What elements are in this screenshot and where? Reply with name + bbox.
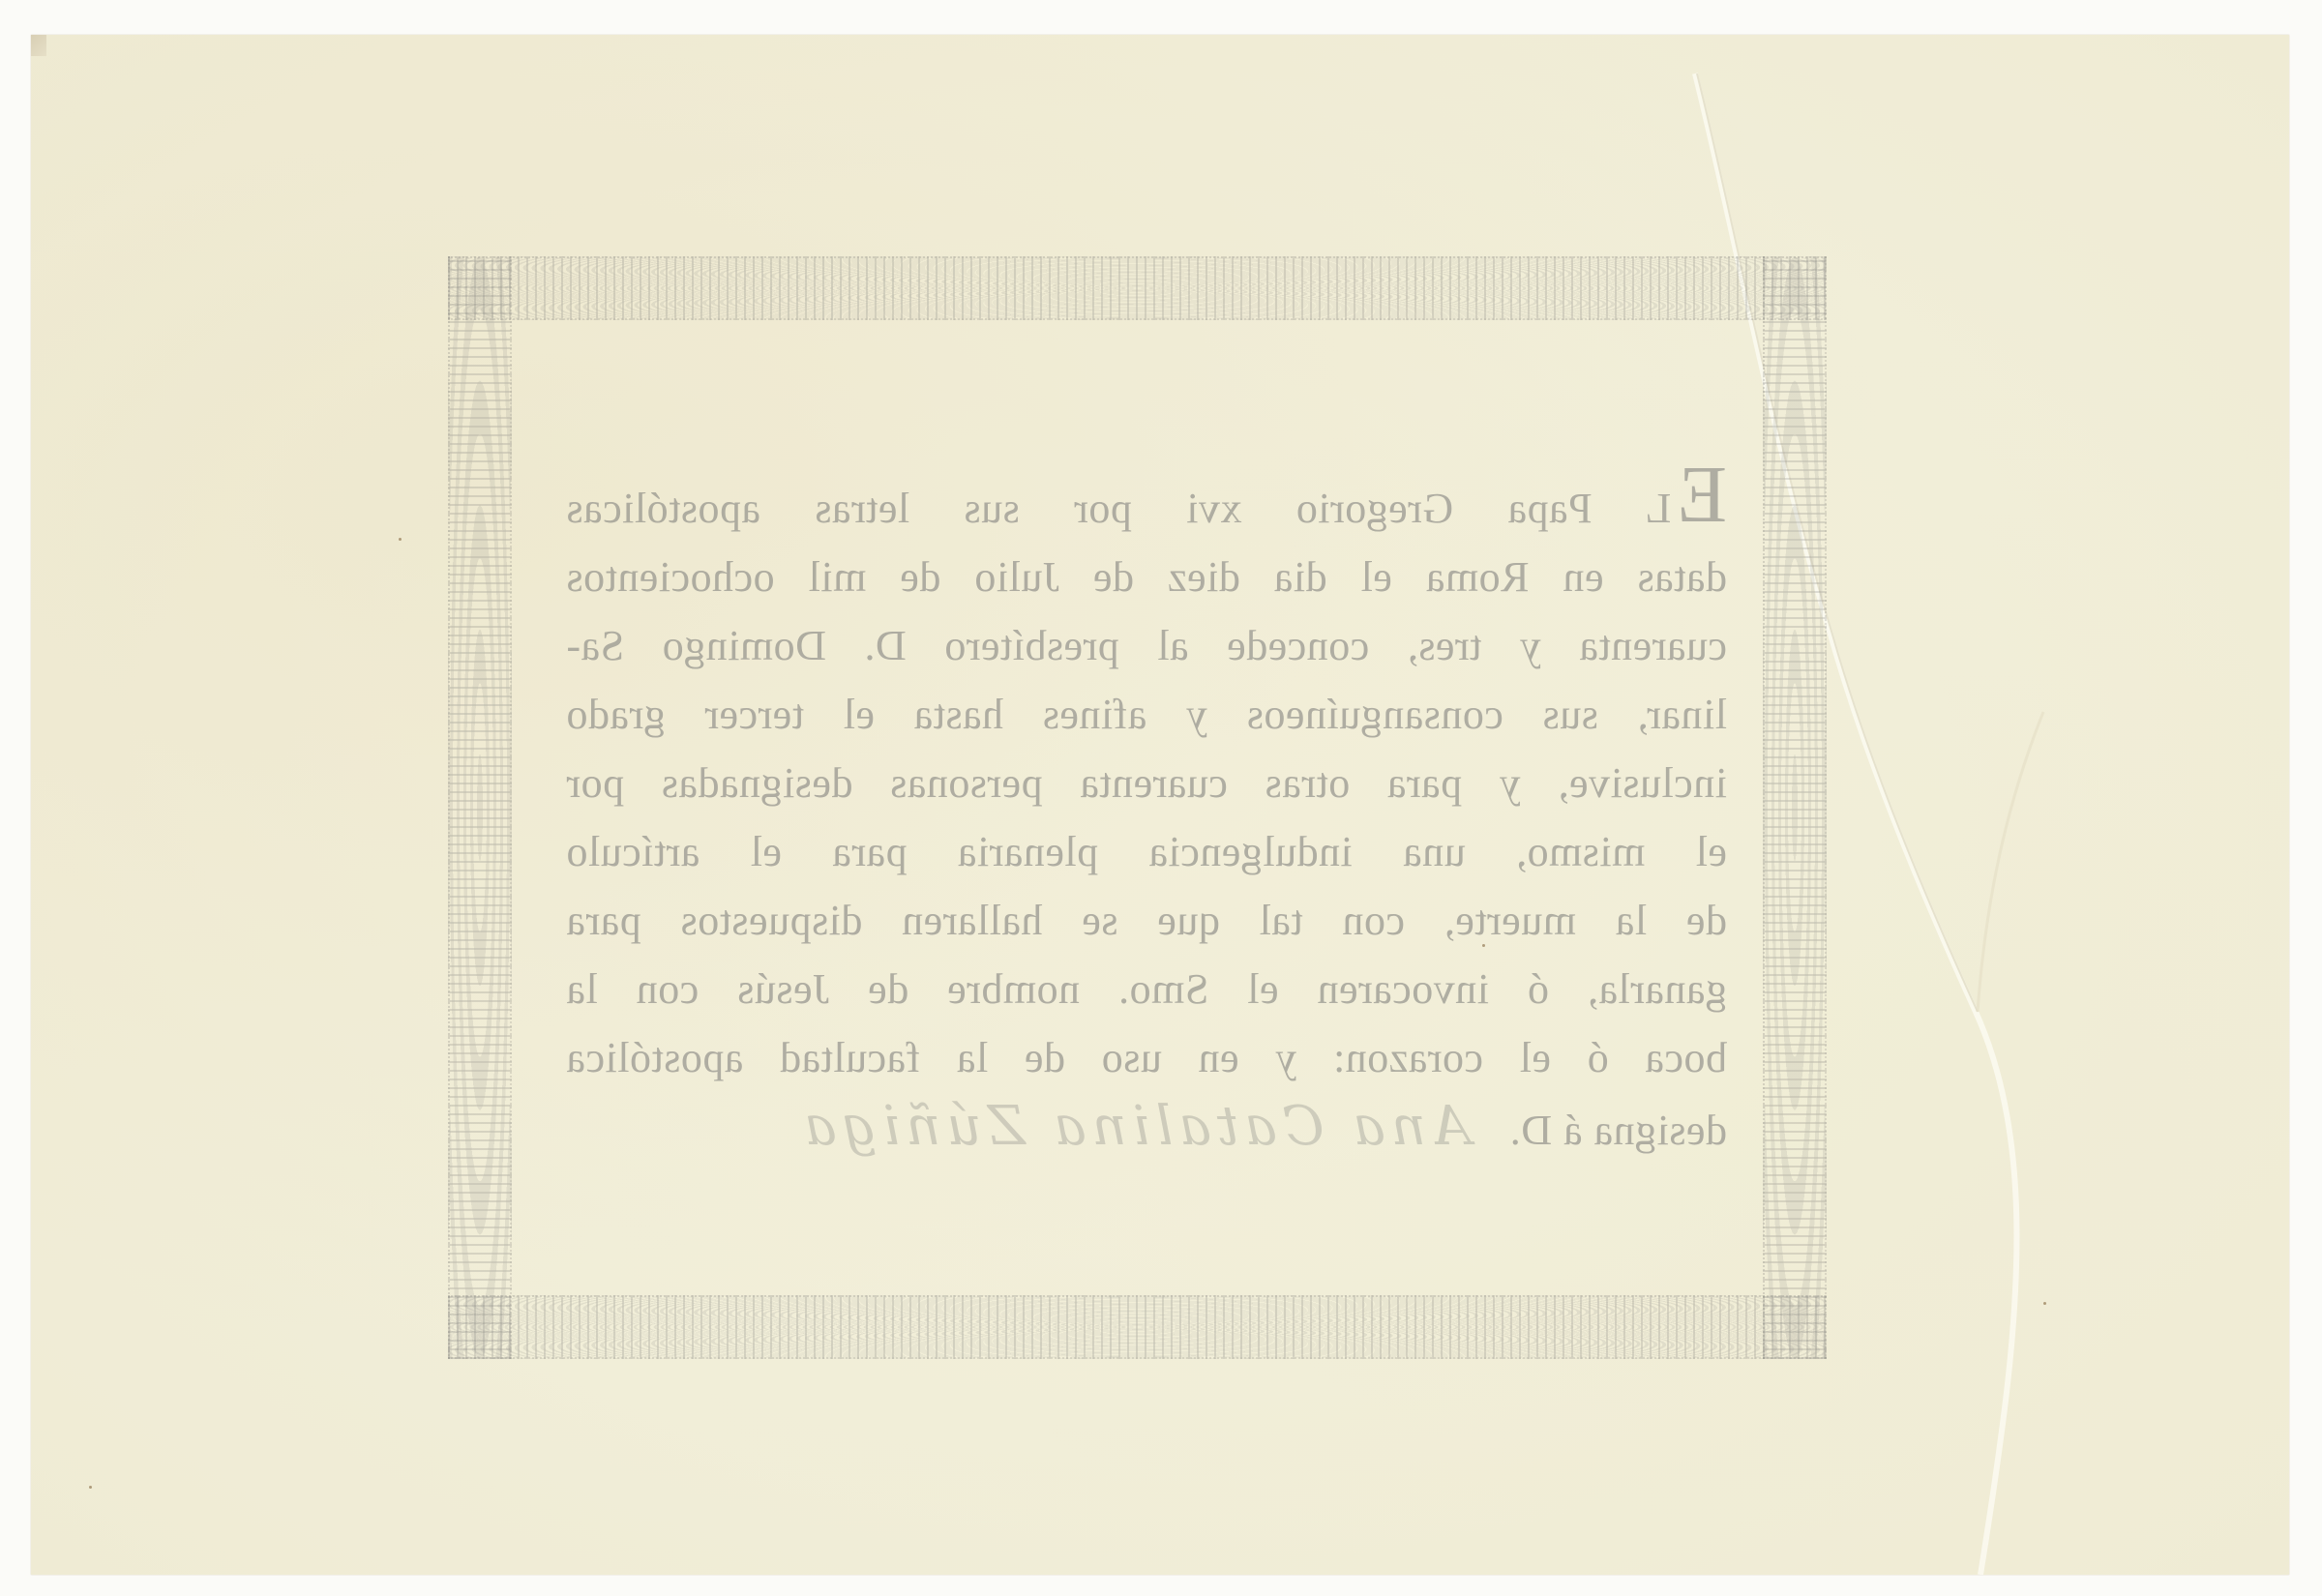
text-line: boca ó el corazon: y en uso de la facult… (566, 1023, 1727, 1092)
handwritten-name: Ana Catalina Zúñiga (798, 1092, 1471, 1161)
text-line: linar, sus consanguíneos y afines hasta … (566, 680, 1727, 749)
designation-label: designa á D. (1509, 1107, 1727, 1154)
border-right (1763, 256, 1827, 1359)
text-line-final: designa á D.Ana Catalina Zúñiga (566, 1092, 1727, 1165)
drop-cap: E (1677, 457, 1727, 534)
border-top (448, 256, 1827, 320)
border-bottom (448, 1295, 1827, 1359)
paper-speck (399, 538, 402, 541)
text-line: el mismo, una indulgencia plenaria para … (566, 817, 1727, 886)
border-left (448, 256, 512, 1359)
text-line: cuarenta y tres, concede al presbítero D… (566, 611, 1727, 680)
paper-speck (2043, 1302, 2046, 1305)
text-line: inclusive, y para otras cuarenta persona… (566, 749, 1727, 817)
text-line: datas en Roma el dia diez de Julio de mi… (566, 543, 1727, 611)
paper-speck (89, 1486, 92, 1489)
text-line: L Papa Gregorio xvi por sus letras apost… (566, 474, 1727, 543)
text-line: de la muerte, con tal que se hallaren di… (566, 886, 1727, 955)
certificate-text-mirrored: E L Papa Gregorio xvi por sus letras apo… (566, 474, 1727, 1165)
text-line: ganarla, ó invocaren el Smo. nombre de J… (566, 955, 1727, 1023)
